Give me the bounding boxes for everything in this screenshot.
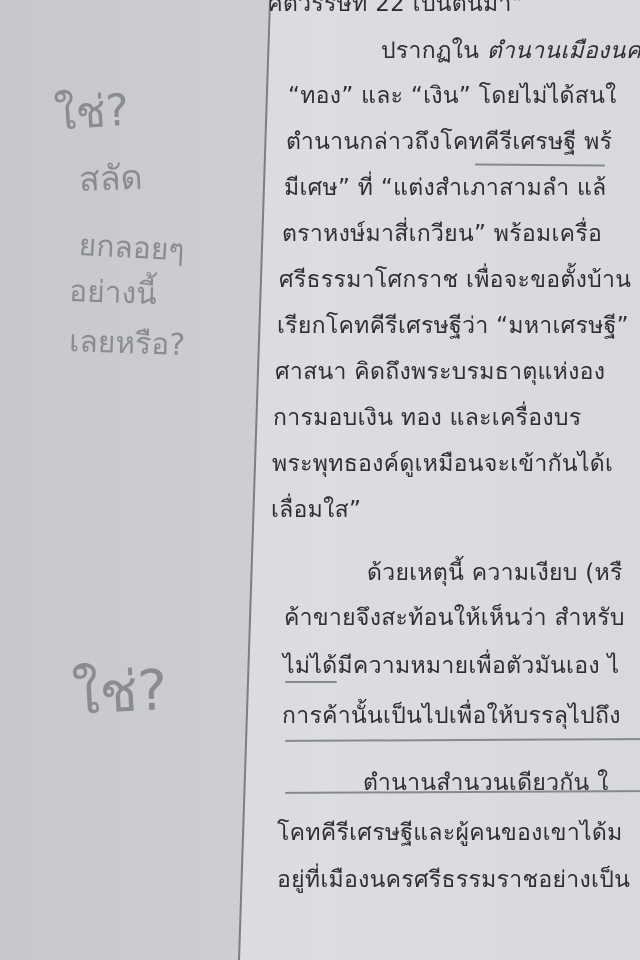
text-line: ตำนานสำนวนเดียวกัน ใ — [363, 765, 609, 801]
handwritten-note-line: เลยหรือ? — [68, 318, 186, 369]
text-line: มีเศษ” ที่ “แต่งสำเภาสามลำ แล้ — [284, 170, 607, 206]
handwritten-note-line: ใช่? — [52, 75, 131, 150]
text-line: ปรากฏใน ตำนานเมืองนค — [381, 33, 640, 69]
text-line: ศตวรรษที่ 22 เป็นต้นมา" — [268, 0, 523, 22]
handwritten-note-line: อย่างนี้ — [68, 268, 157, 318]
text-line: ศาสนา คิดถึงพระบรมธาตุแห่งอง — [275, 354, 605, 390]
text-line: ด้วยเหตุนี้ ความเงียบ (หรื — [367, 555, 623, 591]
text-line: เรียกโคทคีรีเศรษฐีว่า “มหาเศรษฐี” — [277, 308, 629, 344]
text-line: การมอบเงิน ทอง และเครื่องบร — [273, 400, 581, 436]
text-line: อยู่ที่เมืองนครศรีธรรมราชอย่างเป็น — [277, 862, 630, 898]
handwritten-note-line: สลัด — [78, 150, 144, 206]
text-segment: ปรากฏใน — [381, 38, 487, 64]
text-line: ตราหงษ์มาสี่เกวียน” พร้อมเครื่อ — [282, 216, 602, 252]
pencil-underline — [285, 738, 640, 742]
italic-title: ตำนานเมืองนค — [487, 38, 640, 64]
text-line: “ทอง” และ “เงิน” โดยไม่ได้สนใ — [288, 78, 617, 114]
text-line: เลื่อมใส” — [271, 492, 361, 528]
pencil-underline — [285, 681, 337, 683]
text-line: ตำนานกล่าวถึงโคทคีรีเศรษฐี พร้ — [286, 124, 612, 160]
margin-note-2: ใช่? — [70, 645, 170, 739]
text-line: พระพุทธองค์ดูเหมือนจะเข้ากันได้เ — [272, 446, 613, 482]
text-line: ศรีธรรมาโศกราช เพื่อจะขอตั้งบ้าน — [279, 262, 631, 298]
text-line: ค้าขายจึงสะท้อนให้เห็นว่า สำหรับ — [284, 600, 625, 636]
text-line: โคทคีรีเศรษฐีและผู้คนของเขาได้ม — [277, 815, 623, 851]
pencil-underline — [475, 163, 605, 166]
text-line: การค้านั้นเป็นไปเพื่อให้บรรลุไปถึง — [282, 698, 621, 734]
handwritten-note-line: ยกลอยๆ — [78, 222, 186, 274]
text-line: ไม่ได้มีความหมายเพื่อตัวมันเอง ไ — [283, 648, 619, 684]
